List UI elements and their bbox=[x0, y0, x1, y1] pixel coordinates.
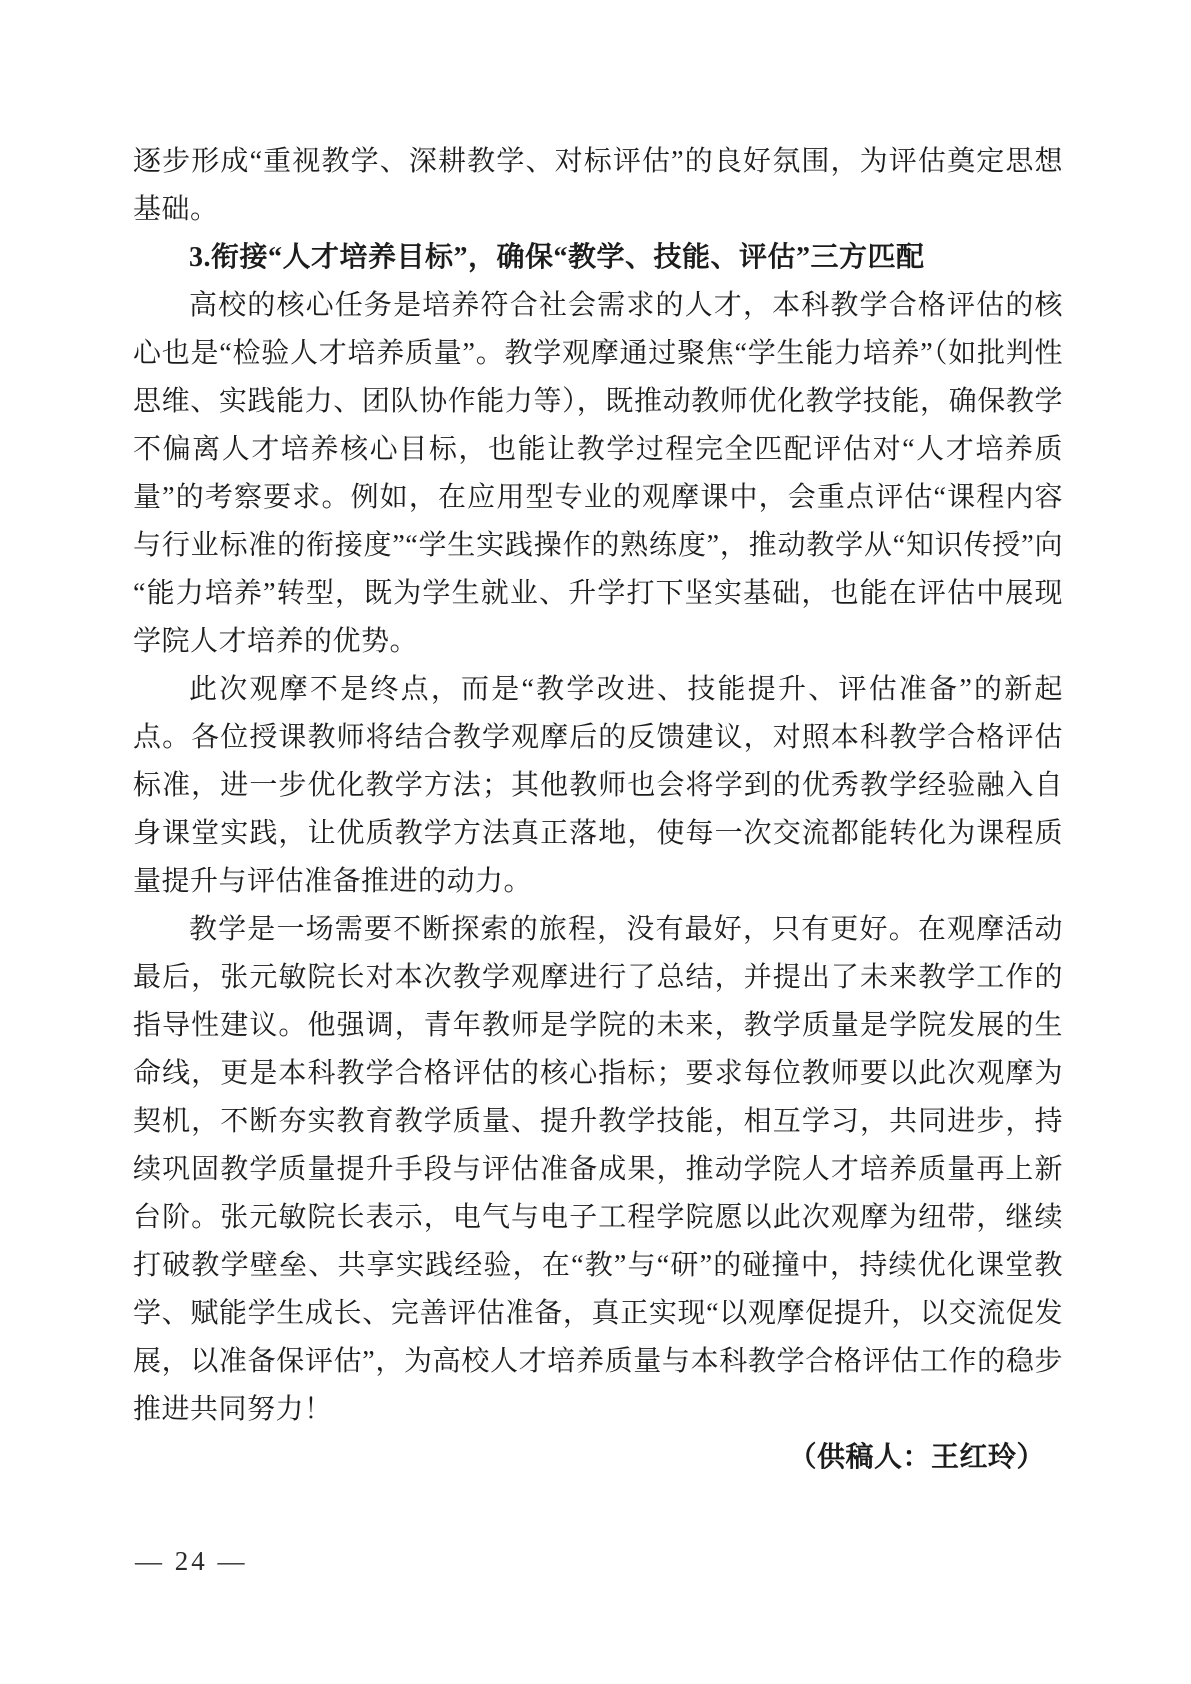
section-heading: 3.衔接“人才培养目标”，确保“教学、技能、评估”三方匹配 bbox=[133, 234, 1063, 282]
page-number: — 24 — bbox=[135, 1546, 248, 1577]
paragraph-2: 此次观摩不是终点，而是“教学改进、技能提升、评估准备”的新起点。各位授课教师将结… bbox=[133, 666, 1063, 906]
paragraph-continuation: 逐步形成“重视教学、深耕教学、对标评估”的良好氛围，为评估奠定思想基础。 bbox=[133, 138, 1063, 234]
paragraph-3: 教学是一场需要不断探索的旅程，没有最好，只有更好。在观摩活动最后，张元敏院长对本… bbox=[133, 906, 1063, 1434]
document-page: 逐步形成“重视教学、深耕教学、对标评估”的良好氛围，为评估奠定思想基础。 3.衔… bbox=[0, 0, 1191, 1684]
paragraph-1: 高校的核心任务是培养符合社会需求的人才，本科教学合格评估的核心也是“检验人才培养… bbox=[133, 282, 1063, 666]
author-attribution: （供稿人：王红玲） bbox=[133, 1434, 1063, 1482]
document-body: 逐步形成“重视教学、深耕教学、对标评估”的良好氛围，为评估奠定思想基础。 3.衔… bbox=[133, 138, 1063, 1482]
